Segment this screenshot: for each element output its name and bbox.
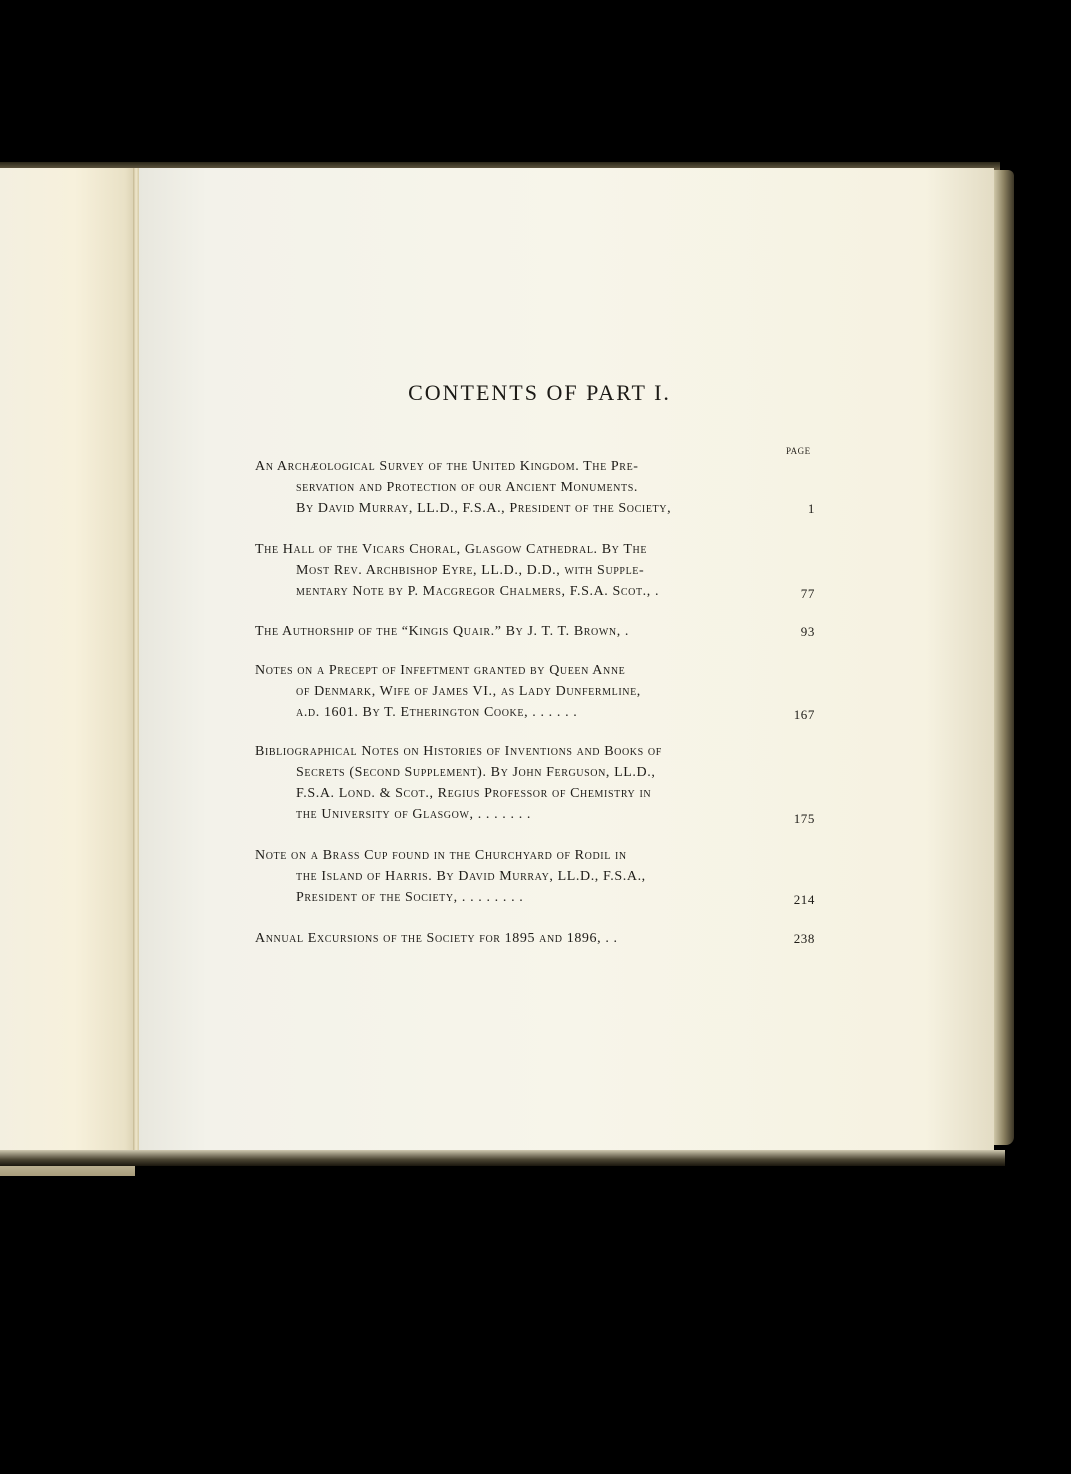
toc-entry-line: Note on a Brass Cup found in the Churchy… bbox=[255, 845, 815, 866]
toc-entry-line: F.S.A. Lond. & Scot., Regius Professor o… bbox=[255, 783, 815, 804]
toc-entry-line: of Denmark, Wife of James VI., as Lady D… bbox=[255, 681, 815, 702]
toc-entry-line: Bibliographical Notes on Histories of In… bbox=[255, 741, 815, 762]
toc-entry-line: servation and Protection of our Ancient … bbox=[255, 477, 815, 498]
toc-entry: Annual Excursions of the Society for 189… bbox=[255, 928, 815, 949]
toc-entry-line: The Hall of the Vicars Choral, Glasgow C… bbox=[255, 539, 815, 560]
toc-entry: The Hall of the Vicars Choral, Glasgow C… bbox=[255, 539, 815, 602]
toc-page-number: 167 bbox=[765, 704, 815, 725]
toc-entry-line: An Archæological Survey of the United Ki… bbox=[255, 456, 815, 477]
toc-entry: Notes on a Precept of Infeftment granted… bbox=[255, 660, 815, 723]
toc-entry: Note on a Brass Cup found in the Churchy… bbox=[255, 845, 815, 908]
page-title: CONTENTS OF PART I. bbox=[0, 380, 1071, 406]
toc-entry: The Authorship of the “Kingis Quair.” By… bbox=[255, 621, 815, 642]
toc-page-number: 175 bbox=[765, 808, 815, 829]
toc-entry-line: Secrets (Second Supplement). By John Fer… bbox=[255, 762, 815, 783]
toc-entry: An Archæological Survey of the United Ki… bbox=[255, 456, 815, 519]
toc-entry-line: The Authorship of the “Kingis Quair.” By… bbox=[255, 621, 815, 642]
contents-page: CONTENTS OF PART I. PAGE An Archæologica… bbox=[0, 0, 1071, 1474]
toc-page-number: 77 bbox=[765, 583, 815, 604]
page-column-label: PAGE bbox=[786, 446, 811, 456]
toc-page-number: 93 bbox=[765, 621, 815, 642]
toc-entry-line: By David Murray, LL.D., F.S.A., Presiden… bbox=[255, 498, 815, 519]
toc-page-number: 214 bbox=[765, 889, 815, 910]
toc-page-number: 238 bbox=[765, 928, 815, 949]
toc-entry-line: Notes on a Precept of Infeftment granted… bbox=[255, 660, 815, 681]
toc-entry-line: Most Rev. Archbishop Eyre, LL.D., D.D., … bbox=[255, 560, 815, 581]
toc-entry-line: Annual Excursions of the Society for 189… bbox=[255, 928, 815, 949]
toc-entry-line: mentary Note by P. Macgregor Chalmers, F… bbox=[255, 581, 815, 602]
toc-entry-line: a.d. 1601. By T. Etherington Cooke, . . … bbox=[255, 702, 815, 723]
toc-page-number: 1 bbox=[765, 498, 815, 519]
toc-entry-line: President of the Society, . . . . . . . … bbox=[255, 887, 815, 908]
toc-entry-line: the University of Glasgow, . . . . . . . bbox=[255, 804, 815, 825]
toc-entry: Bibliographical Notes on Histories of In… bbox=[255, 741, 815, 825]
toc-entry-line: the Island of Harris. By David Murray, L… bbox=[255, 866, 815, 887]
